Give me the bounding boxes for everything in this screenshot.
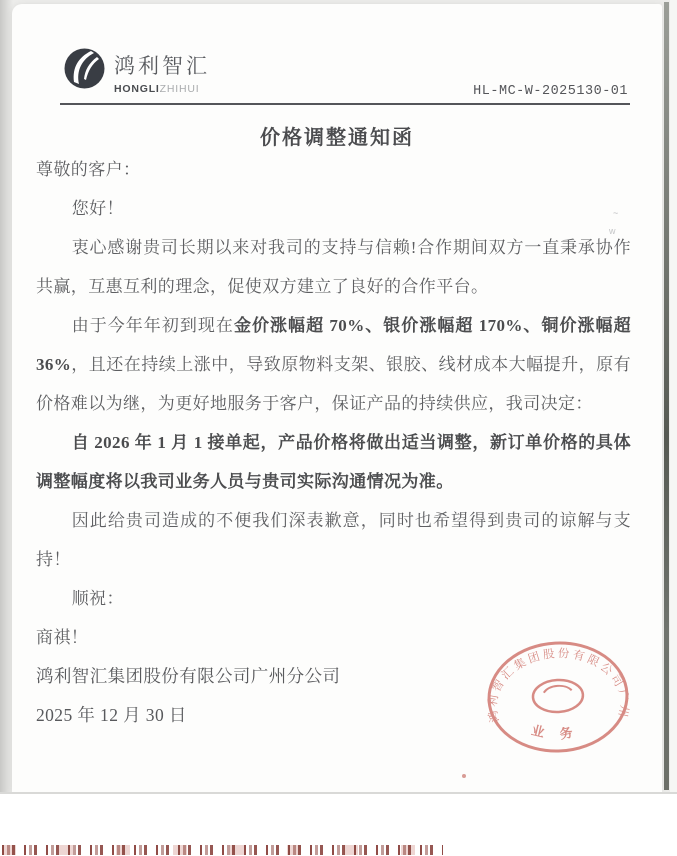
scanned-letter-page: 鸿利智汇 HONGLIZHIHUI HL-MC-W-2025130-01 价格调…: [0, 0, 677, 856]
scan-speck: ~: [613, 208, 622, 214]
below-photo-area: [0, 794, 677, 856]
paragraphs: 衷心感谢贵司长期以来对我司的支持与信赖!合作期间双方一直秉承协作共赢，互惠互利的…: [36, 228, 631, 579]
scan-red-dot: [462, 774, 466, 778]
paragraph: 由于今年年初到现在金价涨幅超 70%、银价涨幅超 170%、铜价涨幅超 36%，…: [36, 306, 631, 423]
letter-body: 尊敬的客户： 您好！ 衷心感谢贵司长期以来对我司的支持与信赖!合作期间双方一直秉…: [36, 150, 631, 735]
greeting: 您好！: [36, 189, 631, 228]
salutation: 尊敬的客户：: [36, 150, 631, 189]
document-number: HL-MC-W-2025130-01: [473, 84, 628, 99]
paragraph: 自 2026 年 1 月 1 接单起，产品价格将做出适当调整，新订单价格的具体调…: [36, 423, 631, 501]
closing-word: 商祺！: [36, 618, 631, 657]
page-edge-shadow: [664, 2, 669, 790]
paragraph: 因此给贵司造成的不便我们深表歉意，同时也希望得到贵司的谅解与支持！: [36, 501, 631, 579]
company-name-en-light: ZHIHUI: [160, 83, 200, 95]
header-rule: [60, 103, 630, 105]
company-logo-icon: [64, 48, 105, 89]
paragraph: 衷心感谢贵司长期以来对我司的支持与信赖!合作期间双方一直秉承协作共赢，互惠互利的…: [36, 228, 631, 306]
company-logo-text: 鸿利智汇 HONGLIZHIHUI: [114, 48, 210, 95]
company-logo: 鸿利智汇 HONGLIZHIHUI: [64, 48, 210, 95]
scan-photo-area: 鸿利智汇 HONGLIZHIHUI HL-MC-W-2025130-01 价格调…: [0, 0, 677, 794]
signature-date: 2025 年 12 月 30 日: [36, 696, 631, 735]
company-name-en-bold: HONGLI: [114, 83, 160, 95]
scan-margin: [670, 0, 677, 792]
letter-title: 价格调整通知函: [12, 121, 662, 150]
letter-paper: 鸿利智汇 HONGLIZHIHUI HL-MC-W-2025130-01 价格调…: [12, 4, 662, 792]
truncated-caption-text: [2, 845, 443, 855]
signature-company: 鸿利智汇集团股份有限公司广州分公司: [36, 657, 631, 696]
company-name-cn: 鸿利智汇: [114, 50, 210, 80]
scan-speck: w: [609, 226, 619, 233]
company-name-en: HONGLIZHIHUI: [114, 83, 210, 95]
closing-wish: 顺祝：: [36, 579, 631, 618]
